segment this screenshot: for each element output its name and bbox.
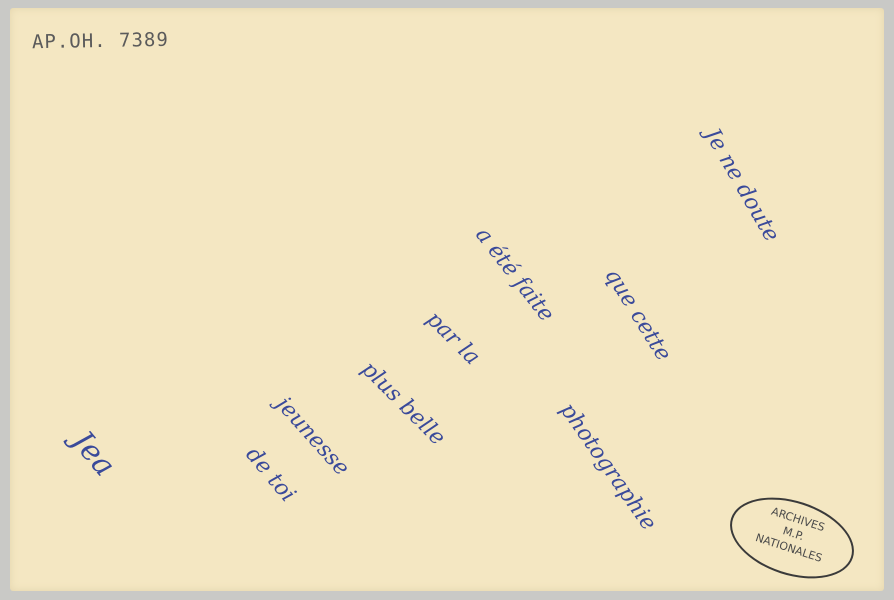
- handwriting-line: de toi: [240, 442, 300, 506]
- handwriting-line: jeunesse: [271, 392, 354, 481]
- handwriting-line: photographie: [555, 398, 661, 535]
- handwriting-line: que cette: [599, 264, 675, 366]
- handwriting-line: par la: [421, 307, 485, 371]
- signature: Jea: [65, 424, 122, 483]
- handwriting-line: a été faite: [470, 223, 559, 327]
- handwriting-line: plus belle: [356, 357, 450, 451]
- archives-stamp: ARCHIVES M.P. NATIONALES: [720, 483, 865, 593]
- postcard-back: AP.OH. 7389 Je ne doute que cette photog…: [10, 8, 884, 591]
- handwriting-line: Je ne doute: [699, 124, 784, 246]
- reference-number: AP.OH. 7389: [32, 29, 169, 53]
